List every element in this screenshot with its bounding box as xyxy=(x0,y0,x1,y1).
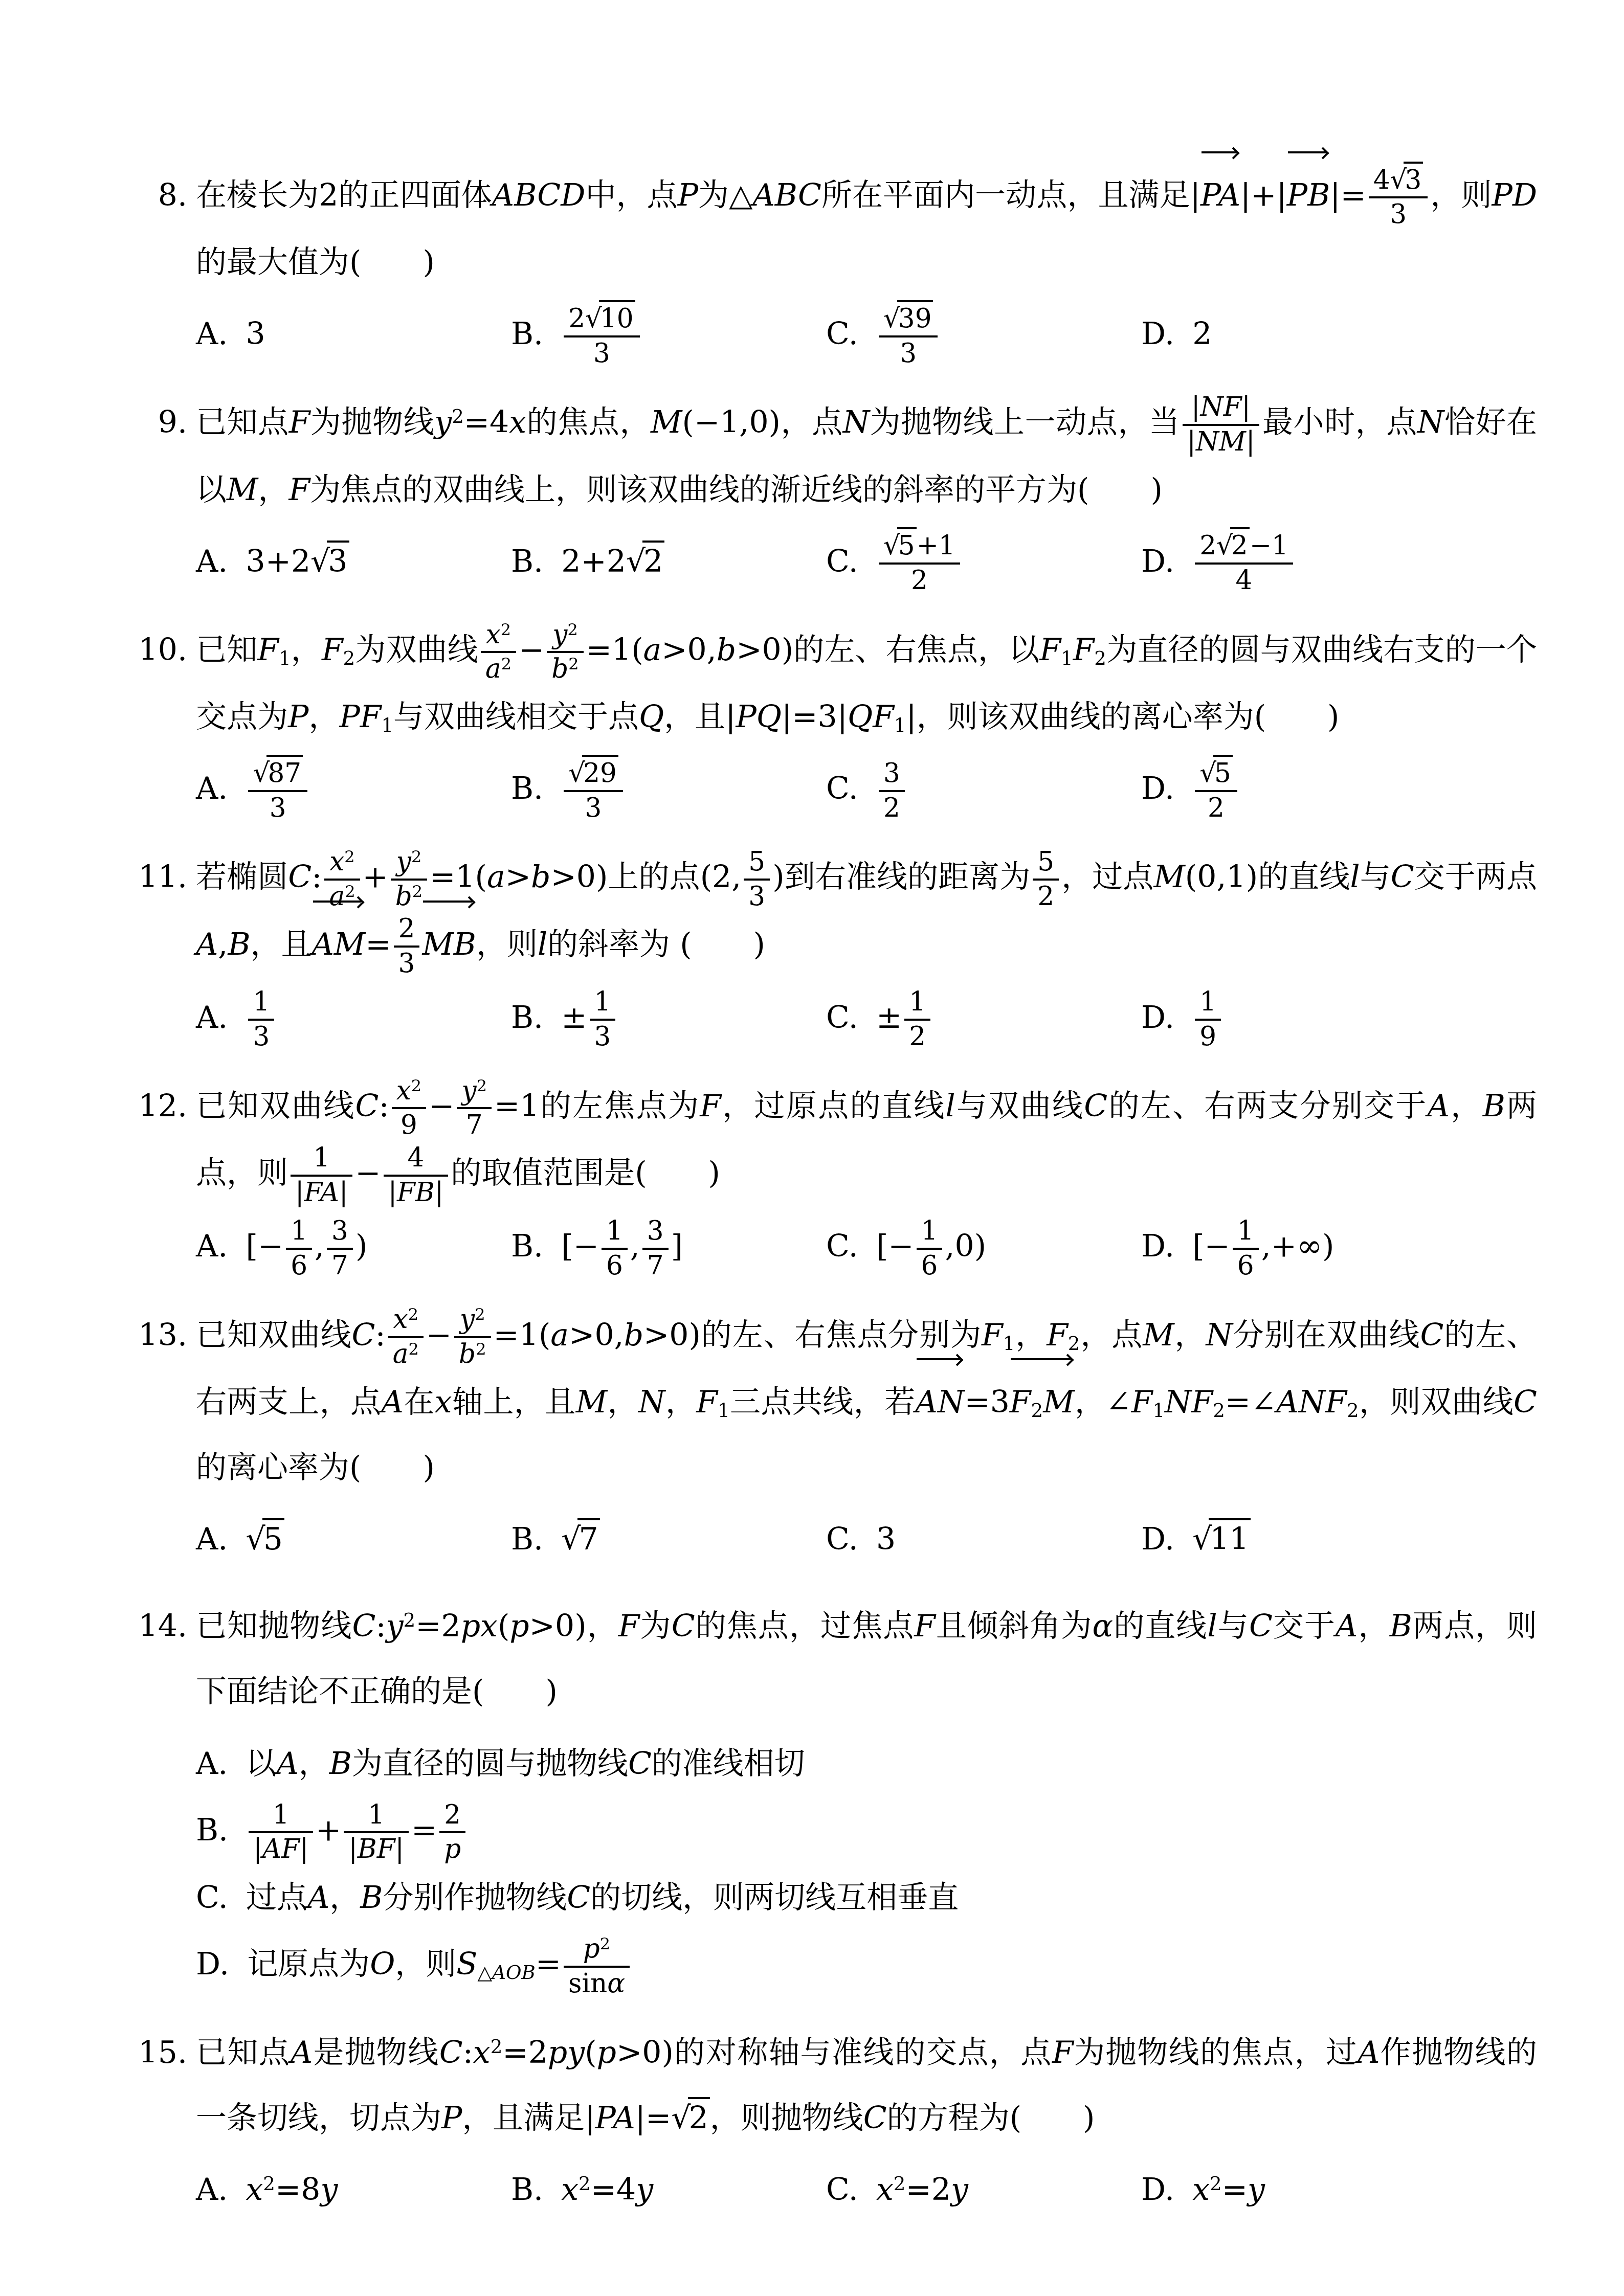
fraction: 16 xyxy=(602,1217,628,1281)
option: D. 2√2−14 xyxy=(1141,529,1456,596)
option-label: C. xyxy=(826,1228,858,1264)
vector-arrow-icon xyxy=(1011,1358,1071,1360)
option: A. 3 xyxy=(196,301,511,367)
option-label: B. xyxy=(511,1521,543,1557)
fraction: 12 xyxy=(904,987,930,1052)
option: A. x2=8y xyxy=(196,2157,511,2222)
option-value: 2+2√2 xyxy=(561,544,664,579)
option-label: B. xyxy=(511,544,543,579)
option-value: [−16,+∞) xyxy=(1192,1228,1334,1264)
square-root: √87 xyxy=(253,758,303,789)
square-root: √5 xyxy=(883,530,917,561)
square-root: √7 xyxy=(561,1521,599,1557)
option: C. 3 xyxy=(826,1506,1141,1572)
fraction: x2a2 xyxy=(481,620,516,685)
option-label: B. xyxy=(511,2172,543,2208)
question-number: 9. xyxy=(0,390,187,455)
option-label: A. xyxy=(196,2172,228,2208)
option-label: C. xyxy=(826,544,858,579)
option-value: √873 xyxy=(246,771,310,806)
fraction: x2a2 xyxy=(388,1305,424,1369)
question-block: 12. 已知双曲线C:x29−y27=1的左焦点为F，过原点的直线l与双曲线C的… xyxy=(196,1073,1537,1281)
option-label: B. xyxy=(196,1812,228,1848)
vector-arrow-icon xyxy=(423,901,472,903)
square-root: √5 xyxy=(246,1521,284,1557)
question-block: 13. 已知双曲线C:x2a2−y2b2=1(a>0,b>0)的左、右焦点分别为… xyxy=(196,1302,1537,1572)
option-label: A. xyxy=(196,771,228,806)
square-root: √2 xyxy=(1216,530,1250,561)
option: C. [−16,0) xyxy=(826,1213,1141,1280)
option-label: D. xyxy=(1141,1228,1174,1264)
option-value: ±12 xyxy=(876,1000,933,1036)
options-row: A. 3+2√3 B. 2+2√2 C. √5+12 D. 2√2−14 xyxy=(196,529,1537,596)
fraction: p2sinα xyxy=(564,1934,630,1999)
question-block: 10. 已知F1，F2为双曲线x2a2−y2b2=1(a>0,b>0)的左、右焦… xyxy=(196,617,1537,823)
option-value: √293 xyxy=(561,771,626,806)
option: A. √873 xyxy=(196,756,511,823)
question-stem: 若椭圆C:x2a2+y2b2=1(a>b>0)上的点(2,53)到右准线的距离为… xyxy=(196,844,1537,978)
option-value: 3+2√3 xyxy=(246,544,349,579)
question-number: 10. xyxy=(0,617,187,683)
option: D. √11 xyxy=(1141,1506,1456,1572)
option-label: D. xyxy=(1141,771,1174,806)
option-value: √393 xyxy=(876,316,941,352)
fraction: 2√2−14 xyxy=(1195,531,1293,596)
option: B. [−16,37] xyxy=(511,1213,826,1280)
square-root: √2 xyxy=(626,544,664,579)
option: D. √52 xyxy=(1141,756,1456,823)
fraction: √293 xyxy=(564,759,623,823)
option-label: D. xyxy=(1141,544,1174,579)
option-label: A. xyxy=(196,1521,228,1557)
square-root: √3 xyxy=(1390,165,1423,195)
fraction: 16 xyxy=(1233,1217,1259,1281)
option-value: 1|AF|+1|BF|=2p xyxy=(246,1812,468,1848)
fraction: 16 xyxy=(917,1217,943,1281)
vector: AM xyxy=(312,912,366,977)
vector: PA xyxy=(1200,163,1240,228)
option: D. 2 xyxy=(1141,301,1456,367)
fraction: y27 xyxy=(457,1076,492,1141)
option: C. √393 xyxy=(826,301,1141,368)
question-block: 8. 在棱长为2的正四面体ABCD中，点P为△ABC所在平面内一动点，且满足|P… xyxy=(196,163,1537,368)
option: C. 32 xyxy=(826,756,1141,823)
fraction: 1|AF| xyxy=(249,1800,313,1865)
option: B. √7 xyxy=(511,1506,826,1572)
fraction: 37 xyxy=(327,1217,353,1281)
fraction: 4√33 xyxy=(1369,166,1428,230)
option-value: 记原点为O，则S△AOB=p2sinα xyxy=(247,1946,632,1982)
option-label: D. xyxy=(1141,1000,1174,1036)
option-label: D. xyxy=(1141,316,1174,352)
option: A. 以A，B为直径的圆与抛物线C的准线相切 xyxy=(196,1730,1537,1797)
fraction: y2b2 xyxy=(454,1305,491,1369)
question-stem: 已知点F为抛物线y2=4x的焦点，M(−1,0)，点N为抛物线上一动点，当|NF… xyxy=(196,390,1537,522)
square-root: √29 xyxy=(568,758,618,789)
vector: AN xyxy=(916,1369,965,1435)
vector-arrow-icon xyxy=(917,1358,961,1360)
fraction: √873 xyxy=(248,759,307,823)
vector: MB xyxy=(422,912,476,977)
option: A. 3+2√3 xyxy=(196,529,511,594)
fraction: y2b2 xyxy=(391,847,427,912)
fraction: 52 xyxy=(1033,847,1059,912)
exam-page: 8. 在棱长为2的正四面体ABCD中，点P为△ABC所在平面内一动点，且满足|P… xyxy=(0,0,1624,2296)
option-value: 过点A，B分别作抛物线C的切线，则两切线互相垂直 xyxy=(246,1880,959,1916)
option-value: 3 xyxy=(246,316,265,352)
option-label: C. xyxy=(826,1000,858,1036)
fraction: √393 xyxy=(879,304,938,369)
fraction: 19 xyxy=(1195,987,1221,1052)
option-label: B. xyxy=(511,771,543,806)
question-number: 12. xyxy=(0,1073,187,1139)
option: B. 2+2√2 xyxy=(511,529,826,594)
option-value: √11 xyxy=(1192,1521,1251,1557)
question-stem: 已知双曲线C:x2a2−y2b2=1(a>0,b>0)的左、右焦点分别为F1，F… xyxy=(196,1302,1537,1500)
option: D. 19 xyxy=(1141,985,1456,1052)
options-row: A. √873 B. √293 C. 32 D. √52 xyxy=(196,756,1537,823)
question-list: 8. 在棱长为2的正四面体ABCD中，点P为△ABC所在平面内一动点，且满足|P… xyxy=(196,163,1537,2222)
option: C. x2=2y xyxy=(826,2157,1141,2222)
option-value: x2=8y xyxy=(246,2172,338,2208)
option: C. 过点A，B分别作抛物线C的切线，则两切线互相垂直 xyxy=(196,1864,1537,1931)
option-value: [−16,37] xyxy=(561,1228,683,1264)
option-label: A. xyxy=(196,1228,228,1264)
fraction: 23 xyxy=(394,914,420,979)
option-value: x2=2y xyxy=(876,2172,968,2208)
option-label: D. xyxy=(1141,2172,1174,2208)
option-label: B. xyxy=(511,1228,543,1264)
option-value: 19 xyxy=(1192,1000,1223,1036)
option: B. 2√103 xyxy=(511,301,826,368)
option-value: [−16,0) xyxy=(876,1228,986,1264)
question-stem: 已知抛物线C:y2=2px(p>0)，F为C的焦点，过焦点F且倾斜角为α的直线l… xyxy=(196,1593,1537,1724)
question-block: 9. 已知点F为抛物线y2=4x的焦点，M(−1,0)，点N为抛物线上一动点，当… xyxy=(196,390,1537,595)
option: B. 1|AF|+1|BF|=2p xyxy=(196,1797,1537,1864)
option-label: C. xyxy=(826,316,858,352)
fraction: 32 xyxy=(879,759,905,823)
option-value: 以A，B为直径的圆与抛物线C的准线相切 xyxy=(246,1746,805,1782)
option-value: 13 xyxy=(246,1000,277,1036)
square-root: √3 xyxy=(310,544,349,579)
option: B. ±13 xyxy=(511,985,826,1052)
options-row: A. √5 B. √7 C. 3 D. √11 xyxy=(196,1506,1537,1572)
option-value: 2 xyxy=(1192,316,1212,352)
options-row: A. 3 B. 2√103 C. √393 D. 2 xyxy=(196,301,1537,368)
question-number: 15. xyxy=(0,2020,187,2085)
option-label: D. xyxy=(1141,1521,1174,1557)
square-root: √39 xyxy=(883,303,933,334)
options-row: A. x2=8y B. x2=4y C. x2=2y D. x2=y xyxy=(196,2157,1537,2222)
square-root: √5 xyxy=(1199,758,1233,789)
option-label: C. xyxy=(826,1521,858,1557)
option-label: B. xyxy=(511,316,543,352)
option: A. 13 xyxy=(196,985,511,1052)
vector-arrow-icon xyxy=(1288,151,1326,153)
fraction: x29 xyxy=(392,1076,426,1141)
question-block: 14. 已知抛物线C:y2=2px(p>0)，F为C的焦点，过焦点F且倾斜角为α… xyxy=(196,1593,1537,1998)
option-value: 2√2−14 xyxy=(1192,544,1296,579)
fraction: 13 xyxy=(248,987,274,1052)
fraction: 16 xyxy=(286,1217,312,1281)
vector: PB xyxy=(1287,163,1330,228)
option-value: √5 xyxy=(246,1521,284,1557)
fraction: 1|BF| xyxy=(344,1800,409,1865)
question-number: 11. xyxy=(0,844,187,910)
option: A. √5 xyxy=(196,1506,511,1572)
fraction: 1|FA| xyxy=(291,1143,352,1208)
question-stem: 已知F1，F2为双曲线x2a2−y2b2=1(a>0,b>0)的左、右焦点，以F… xyxy=(196,617,1537,750)
option: D. x2=y xyxy=(1141,2157,1456,2222)
fraction: 4|FB| xyxy=(384,1143,449,1208)
option-value: √5+12 xyxy=(876,544,963,579)
fraction: |NF||NM| xyxy=(1183,393,1260,457)
option-value: √52 xyxy=(1192,771,1240,806)
fraction: √5+12 xyxy=(879,531,960,596)
option-value: 2√103 xyxy=(561,316,642,352)
option-value: √7 xyxy=(561,1521,599,1557)
question-block: 11. 若椭圆C:x2a2+y2b2=1(a>b>0)上的点(2,53)到右准线… xyxy=(196,844,1537,1052)
option: C. ±12 xyxy=(826,985,1141,1052)
option: D. 记原点为O，则S△AOB=p2sinα xyxy=(196,1931,1537,1998)
option-label: C. xyxy=(826,771,858,806)
fraction: 13 xyxy=(590,987,616,1052)
option-label: A. xyxy=(196,1746,228,1782)
question-stem: 已知双曲线C:x29−y27=1的左焦点为F，过原点的直线l与双曲线C的左、右两… xyxy=(196,1073,1537,1207)
vector-arrow-icon xyxy=(1202,151,1236,153)
option: B. √293 xyxy=(511,756,826,823)
option-label: C. xyxy=(826,2172,858,2208)
option-label: D. xyxy=(196,1946,229,1982)
option: C. √5+12 xyxy=(826,529,1141,596)
option-value: 3 xyxy=(876,1521,896,1557)
option-label: A. xyxy=(196,1000,228,1036)
option-value: x2=4y xyxy=(561,2172,653,2208)
option-label: A. xyxy=(196,544,228,579)
option-value: ±13 xyxy=(561,1000,618,1036)
option-label: B. xyxy=(511,1000,543,1036)
fraction: 2√103 xyxy=(564,304,639,369)
fraction: 37 xyxy=(642,1217,669,1281)
question-stem: 在棱长为2的正四面体ABCD中，点P为△ABC所在平面内一动点，且满足|PA|+… xyxy=(196,163,1537,295)
option-label: C. xyxy=(196,1880,228,1916)
fraction: y2b2 xyxy=(547,620,583,685)
option-value: [−16,37) xyxy=(246,1228,367,1264)
options-row: A. 13 B. ±13 C. ±12 D. 19 xyxy=(196,985,1537,1052)
square-root: √11 xyxy=(1192,1521,1251,1557)
square-root: √2 xyxy=(671,2100,709,2136)
question-block: 15. 已知点A是抛物线C:x2=2py(p>0)的对称轴与准线的交点，点F为抛… xyxy=(196,2020,1537,2222)
option-value: 32 xyxy=(876,771,907,806)
vector-arrow-icon xyxy=(313,901,362,903)
question-stem: 已知点A是抛物线C:x2=2py(p>0)的对称轴与准线的交点，点F为抛物线的焦… xyxy=(196,2020,1537,2151)
fraction: √52 xyxy=(1195,759,1237,823)
options-row: A. 以A，B为直径的圆与抛物线C的准线相切 B. 1|AF|+1|BF|=2p… xyxy=(196,1730,1537,1998)
option: B. x2=4y xyxy=(511,2157,826,2222)
option: A. [−16,37) xyxy=(196,1213,511,1280)
question-number: 13. xyxy=(0,1302,187,1368)
fraction: 53 xyxy=(744,847,770,912)
option-value: x2=y xyxy=(1192,2172,1265,2208)
square-root: √10 xyxy=(585,303,635,334)
question-number: 8. xyxy=(0,163,187,228)
options-row: A. [−16,37) B. [−16,37] C. [−16,0) D. [−… xyxy=(196,1213,1537,1280)
option-label: A. xyxy=(196,316,228,352)
fraction: 2p xyxy=(439,1800,465,1865)
question-number: 14. xyxy=(0,1593,187,1659)
option: D. [−16,+∞) xyxy=(1141,1213,1456,1280)
vector: F2M xyxy=(1010,1369,1075,1435)
